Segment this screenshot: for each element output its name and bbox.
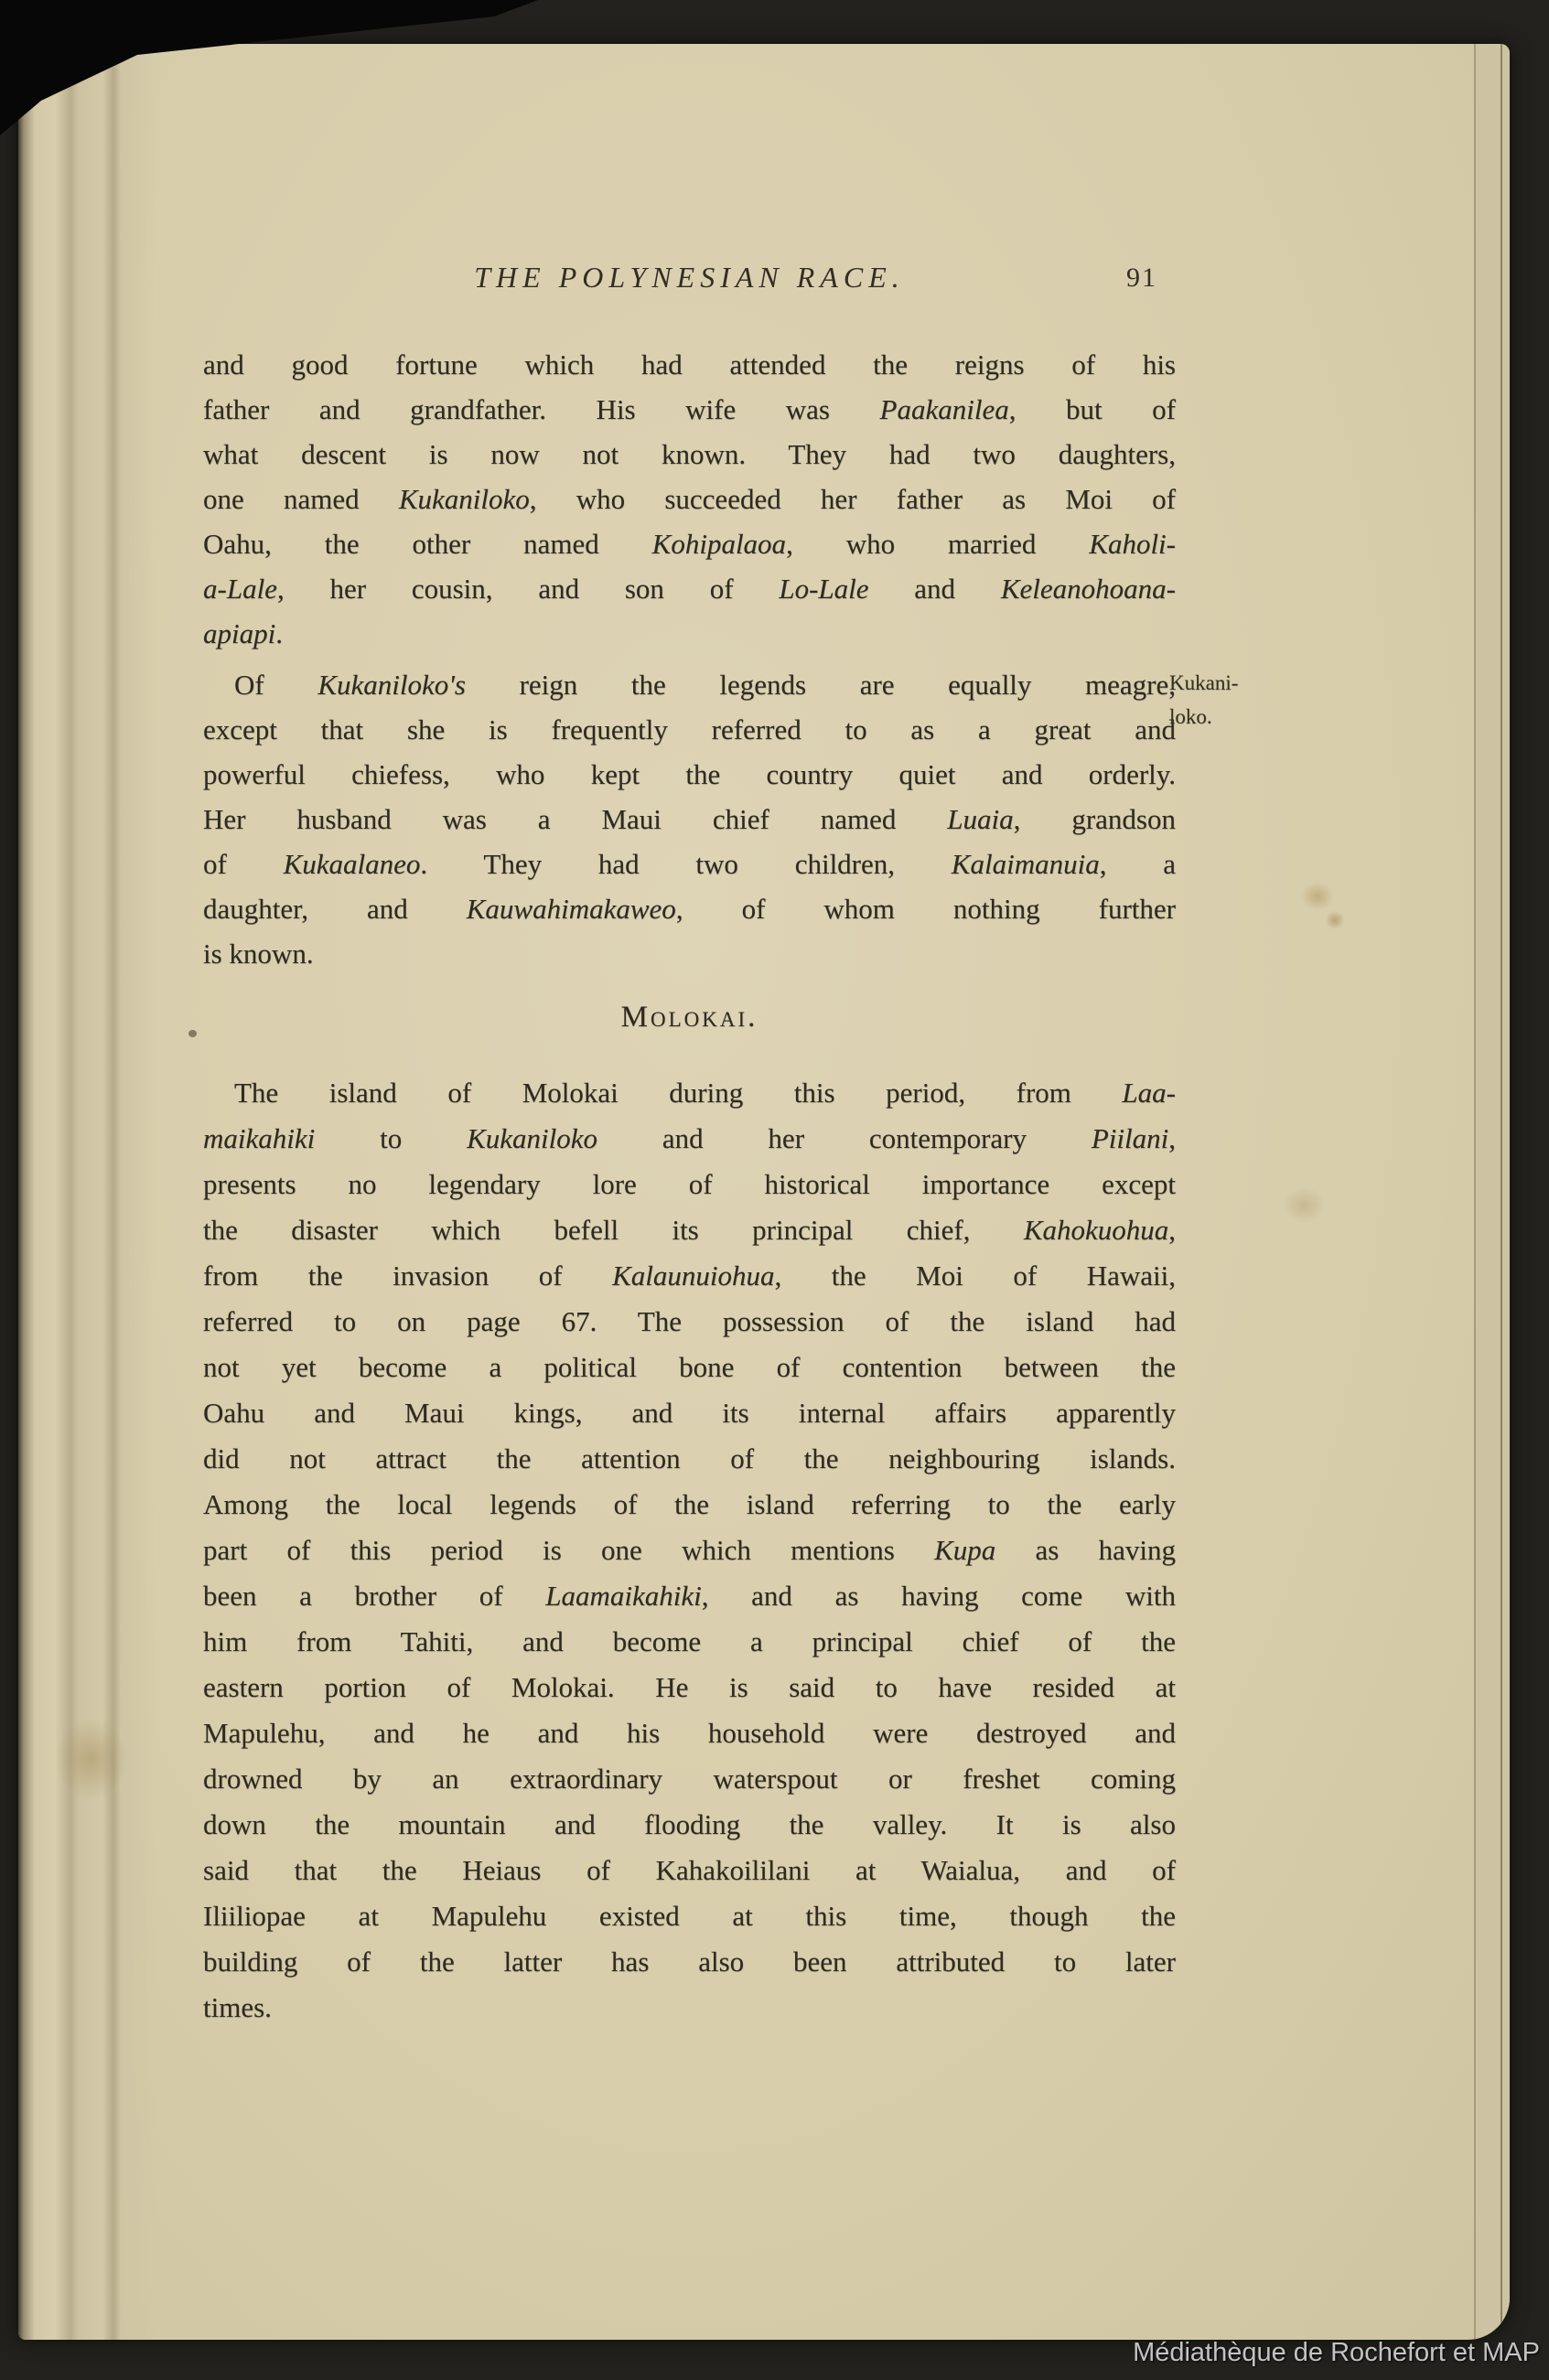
text-line: is known. (203, 931, 1176, 976)
text-line: Oahu, the other named Kohipalaoa, who ma… (203, 521, 1176, 566)
running-header: THE POLYNESIAN RACE. 91 (203, 261, 1176, 299)
paragraph-molokai: The island of Molokai during this period… (203, 1070, 1176, 2031)
text-line: referred to on page 67. The possession o… (203, 1299, 1176, 1345)
text-line: Mapulehu, and he and his household were … (203, 1710, 1176, 1756)
text-line: eastern portion of Molokai. He is said t… (203, 1665, 1176, 1710)
text-line: building of the latter has also been att… (203, 1939, 1176, 1985)
page-title: THE POLYNESIAN RACE. (203, 261, 1176, 295)
text-line: Kukani- (1169, 666, 1307, 700)
book-gutter-edge (18, 44, 156, 2340)
page-fore-edge (1474, 44, 1510, 2340)
text-line: part of this period is one which mention… (203, 1528, 1176, 1573)
paper-stain (1299, 881, 1336, 912)
text-line: said that the Heiaus of Kahakoililani at… (203, 1848, 1176, 1893)
text-line: except that she is frequently referred t… (203, 707, 1176, 752)
section-heading-molokai: Molokai. (203, 1001, 1176, 1035)
text-line: Oahu and Maui kings, and its internal af… (203, 1390, 1176, 1436)
text-line: apiapi. (203, 611, 1176, 656)
text-line: what descent is now not known. They had … (203, 432, 1176, 477)
text-line: presents no legendary lore of historical… (203, 1162, 1176, 1207)
text-line: powerful chiefess, who kept the country … (203, 752, 1176, 797)
text-line: daughter, and Kauwahimakaweo, of whom no… (203, 886, 1176, 931)
text-line: times. (203, 1985, 1176, 2031)
text-line: the disaster which befell its principal … (203, 1207, 1176, 1253)
paragraph-continuation: and good fortune which had attended the … (203, 342, 1176, 656)
text-line: Iliiliopae at Mapulehu existed at this t… (203, 1893, 1176, 1939)
paper-stain (1325, 911, 1345, 929)
page-number: 91 (1126, 263, 1157, 294)
paper-stain (1283, 1187, 1325, 1224)
text-line: loko. (1169, 700, 1307, 734)
text-line: not yet become a political bone of conte… (203, 1345, 1176, 1390)
text-line: been a brother of Laamaikahiki, and as h… (203, 1573, 1176, 1619)
text-line: one named Kukaniloko, who succeeded her … (203, 477, 1176, 521)
text-line: down the mountain and flooding the valle… (203, 1802, 1176, 1848)
text-line: did not attract the attention of the nei… (203, 1436, 1176, 1482)
text-line: Her husband was a Maui chief named Luaia… (203, 797, 1176, 842)
text-line: from the invasion of Kalaunuiohua, the M… (203, 1253, 1176, 1299)
text-line: and good fortune which had attended the … (203, 342, 1176, 387)
text-line: of Kukaalaneo. They had two children, Ka… (203, 842, 1176, 886)
text-line: The island of Molokai during this period… (203, 1070, 1176, 1116)
text-line: a-Lale, her cousin, and son of Lo-Lale a… (203, 566, 1176, 611)
paper-speck (188, 1030, 197, 1037)
text-line: him from Tahiti, and become a principal … (203, 1619, 1176, 1665)
text-line: Of Kukaniloko's reign the legends are eq… (203, 662, 1176, 707)
margin-note-kukaniloko: Kukani-loko. (1169, 666, 1307, 734)
watermark: Médiathèque de Rochefort et MAP (1133, 2338, 1540, 2368)
text-line: maikahiki to Kukaniloko and her contempo… (203, 1116, 1176, 1162)
text-line: Among the local legends of the island re… (203, 1482, 1176, 1528)
book-page: THE POLYNESIAN RACE. 91 and good fortune… (18, 44, 1510, 2340)
text-line: father and grandfather. His wife was Paa… (203, 387, 1176, 432)
text-line: drowned by an extraordinary waterspout o… (203, 1756, 1176, 1802)
paragraph-kukaniloko-reign: Of Kukaniloko's reign the legends are eq… (203, 662, 1176, 976)
